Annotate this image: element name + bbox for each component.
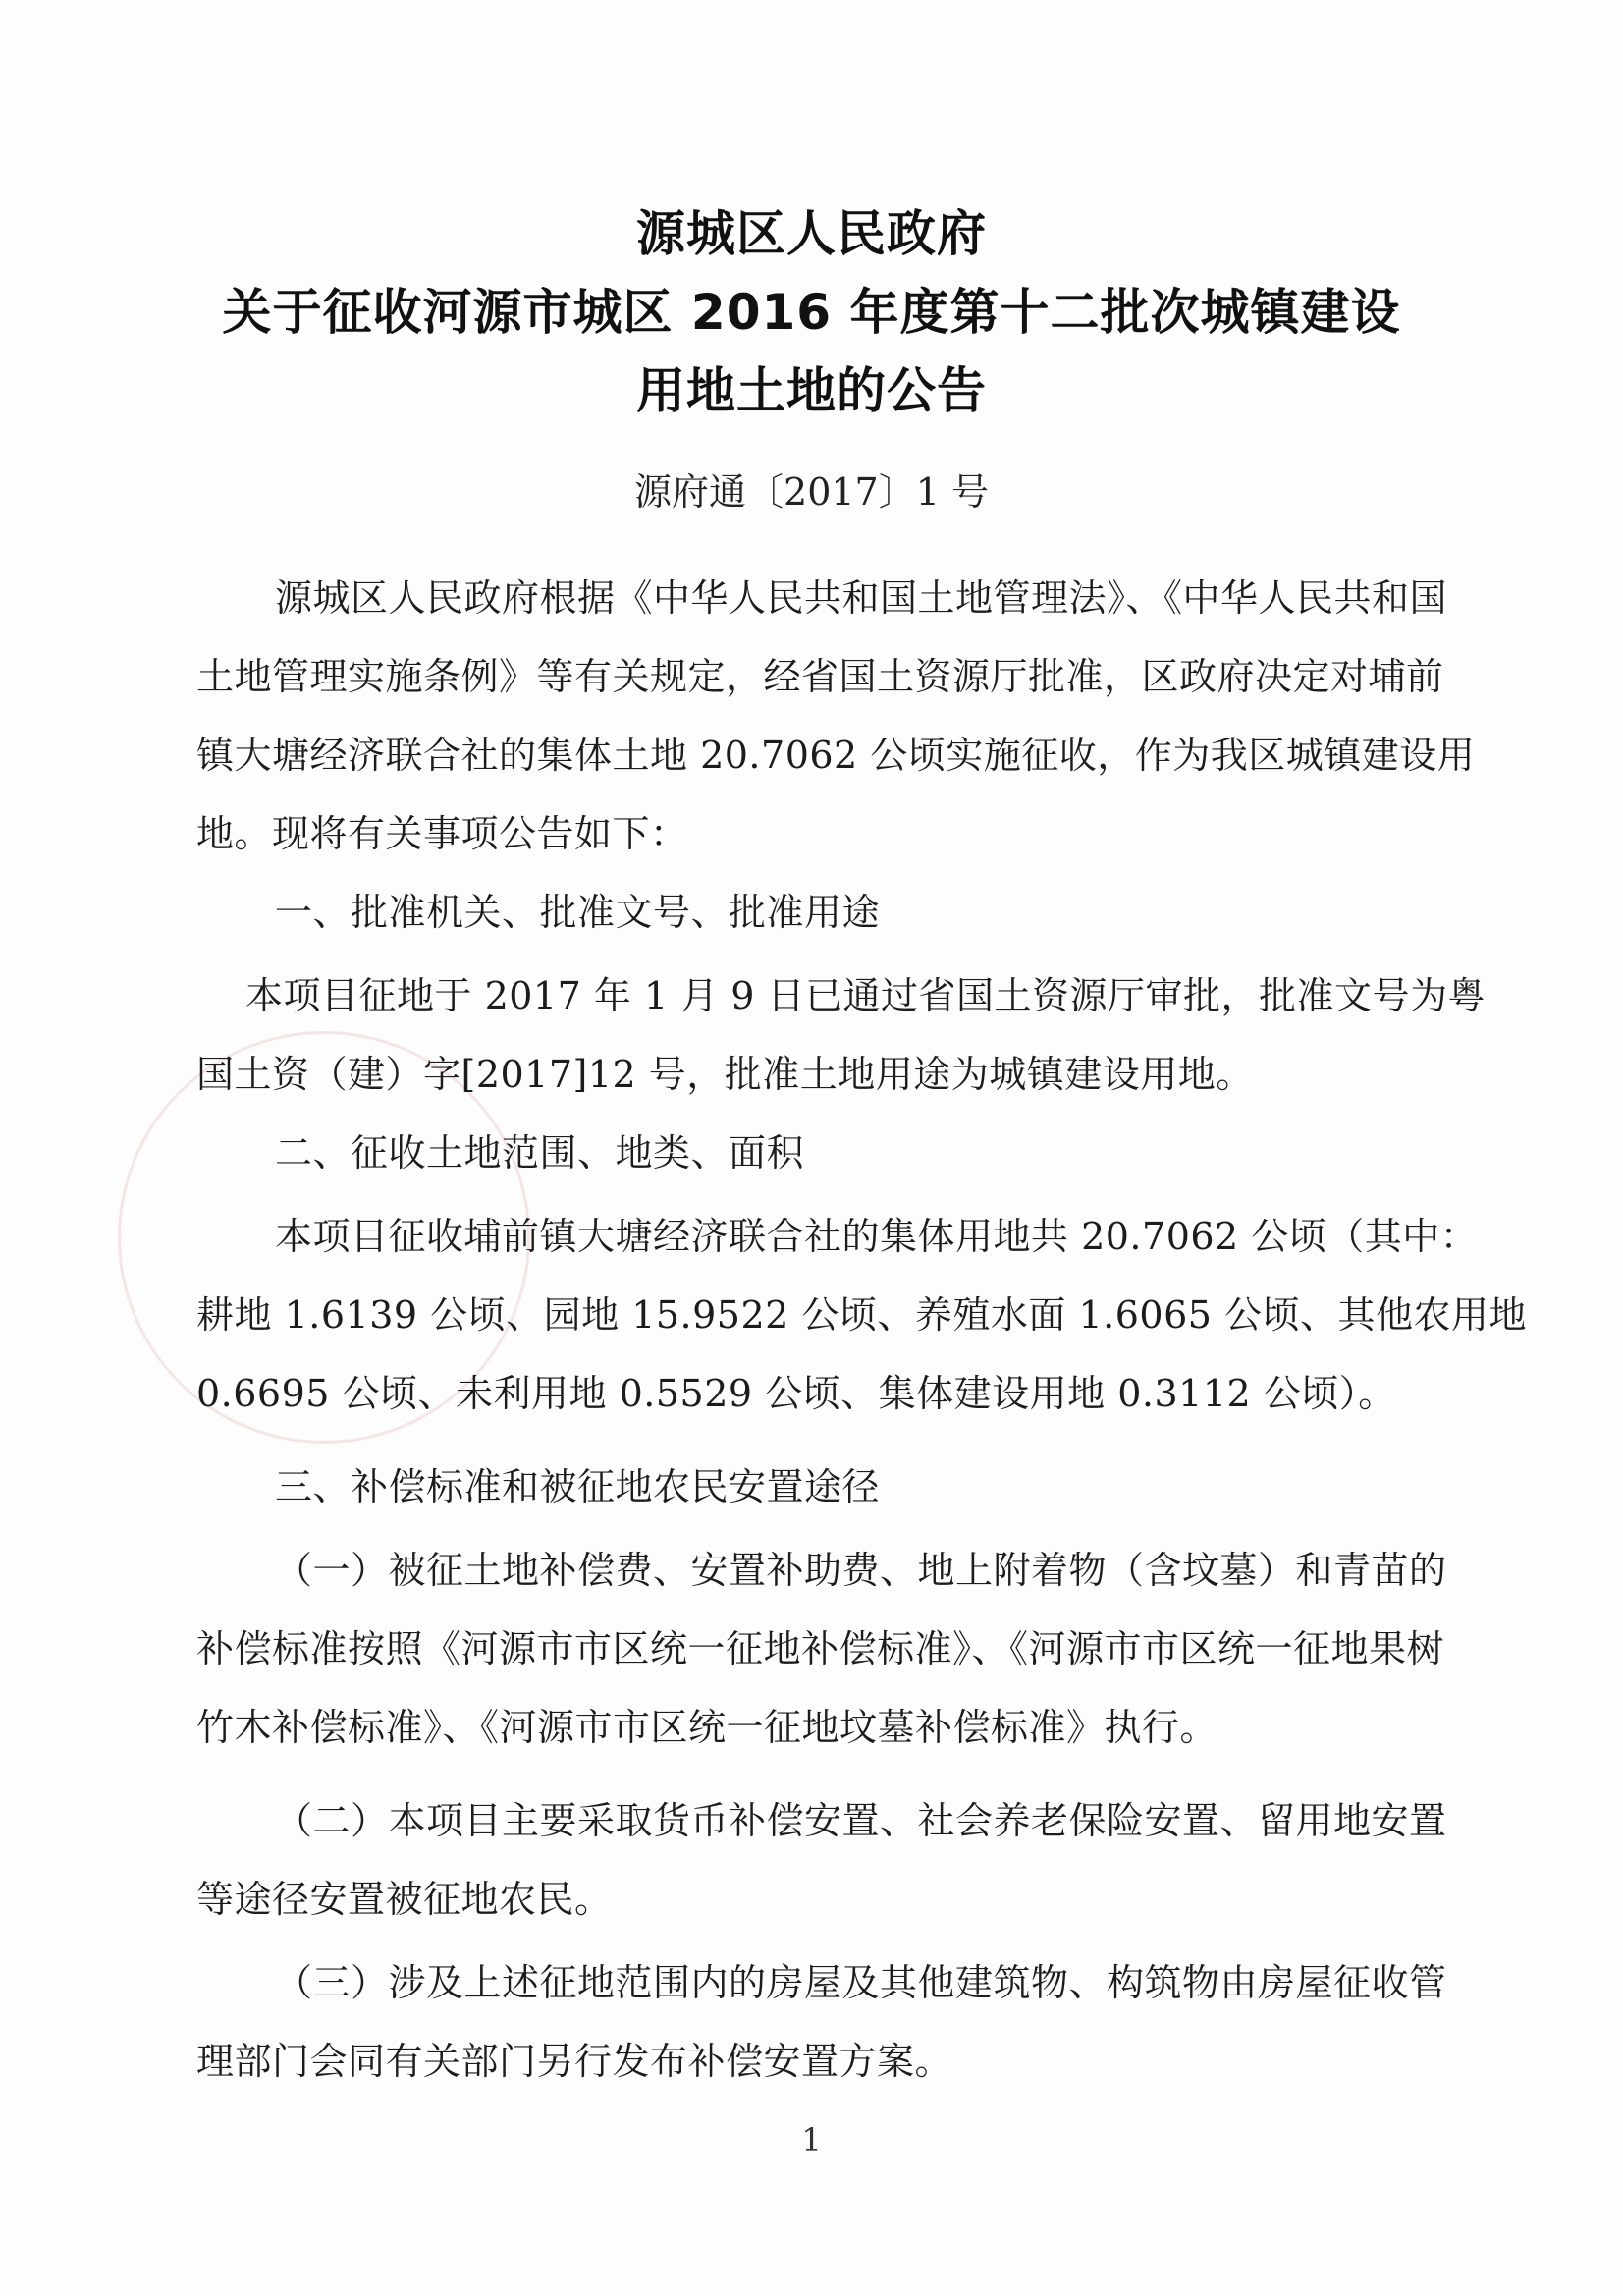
section-1-line-2: 国土资（建）字[2017]12 号，批准土地用途为城镇建设用地。 [196,1051,1473,1098]
section-3-heading: 三、补偿标准和被征地农民安置途径 [275,1463,1473,1510]
page-number: 1 [0,2121,1623,2159]
document-number: 源府通〔2017〕1 号 [0,462,1623,516]
section-1-heading: 一、批准机关、批准文号、批准用途 [275,889,1473,936]
section-3-sub-3-line-2: 理部门会同有关部门另行发布补偿安置方案。 [196,2038,1473,2085]
section-3-sub-1-line-3: 竹木补偿标准》、《河源市市区统一征地坟墓补偿标准》执行。 [196,1704,1473,1751]
title-line-2: 关于征收河源市城区 2016 年度第十二批次城镇建设 [0,273,1623,344]
section-3-sub-2-line-1: （二）本项目主要采取货币补偿安置、社会养老保险安置、留用地安置 [275,1797,1473,1844]
section-2-heading: 二、征收土地范围、地类、面积 [275,1129,1473,1176]
section-2-line-3: 0.6695 公顷、未利用地 0.5529 公顷、集体建设用地 0.3112 公… [196,1370,1473,1417]
intro-line-3: 镇大塘经济联合社的集体土地 20.7062 公顷实施征收，作为我区城镇建设用 [196,732,1473,779]
intro-line-2: 土地管理实施条例》等有关规定，经省国土资源厅批准，区政府决定对埔前 [196,653,1473,700]
intro-line-4: 地。现将有关事项公告如下： [196,810,1473,857]
section-1-line-1: 本项目征地于 2017 年 1 月 9 日已通过省国土资源厅审批，批准文号为粤 [245,972,1522,1019]
document-page: 源城区人民政府 关于征收河源市城区 2016 年度第十二批次城镇建设 用地土地的… [0,0,1623,2296]
section-3-sub-3-line-1: （三）涉及上述征地范围内的房屋及其他建筑物、构筑物由房屋征收管 [275,1959,1473,2006]
title-line-3: 用地土地的公告 [0,352,1623,422]
section-3-sub-1-line-1: （一）被征土地补偿费、安置补助费、地上附着物（含坟墓）和青苗的 [275,1547,1473,1594]
section-2-line-1: 本项目征收埔前镇大塘经济联合社的集体用地共 20.7062 公顷（其中： [275,1213,1473,1260]
title-line-1: 源城区人民政府 [0,194,1623,265]
section-3-sub-1-line-2: 补偿标准按照《河源市市区统一征地补偿标准》、《河源市市区统一征地果树 [196,1625,1473,1672]
intro-line-1: 源城区人民政府根据《中华人民共和国土地管理法》、《中华人民共和国 [275,574,1473,622]
section-2-line-2: 耕地 1.6139 公顷、园地 15.9522 公顷、养殖水面 1.6065 公… [196,1291,1473,1339]
section-3-sub-2-line-2: 等途径安置被征地农民。 [196,1876,1473,1923]
